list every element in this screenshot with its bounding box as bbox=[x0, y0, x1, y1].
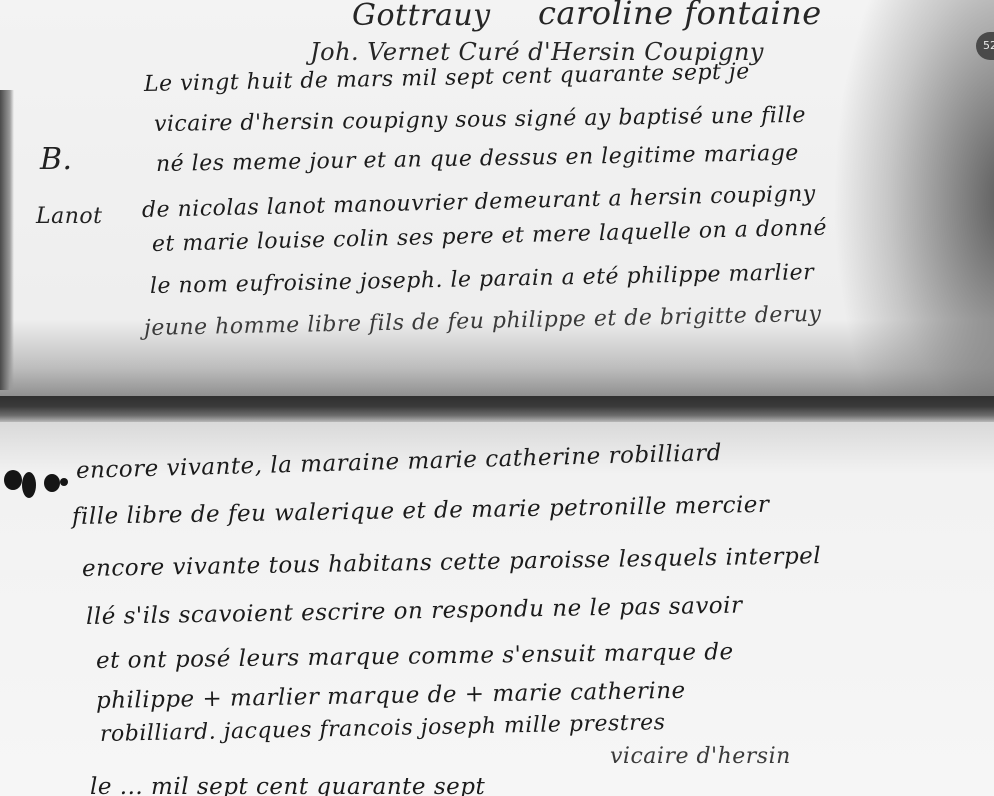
record-name-left: Gottrauy bbox=[352, 0, 491, 33]
entry-line: le ... mil sept cent quarante sept bbox=[90, 774, 485, 796]
ink-blot bbox=[60, 478, 68, 486]
entry-line: vicaire d'hersin bbox=[610, 744, 791, 769]
ink-blot bbox=[44, 474, 60, 492]
margin-surname: Lanot bbox=[36, 204, 102, 229]
record-name-right: caroline fontaine bbox=[538, 0, 822, 32]
ink-blot bbox=[22, 472, 36, 498]
binding-shadow bbox=[0, 90, 14, 390]
ink-blot bbox=[4, 470, 22, 490]
page-fold-band bbox=[0, 396, 994, 422]
baptism-margin-mark: B. bbox=[40, 142, 73, 177]
